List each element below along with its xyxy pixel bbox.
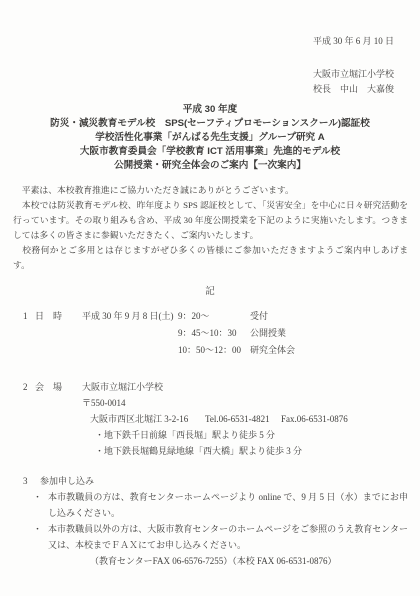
schedule-time: 9：45～10：30 [178,325,250,342]
fax-numbers-note: （教育センターFAX 06-6576-7255）（本校 FAX 06-6531-… [90,553,408,569]
application-bullet-city-staff: ・ 本市教職員の方は、教育センターホームページより online で、9 月 5… [33,489,408,521]
greeting-paragraph: 平素は、本校教育推進にご協力いただき誠にありがとうございます。 [13,183,408,198]
section-venue: 2 会 場 大阪市立堀江小学校 〒550-0014 大阪市西区北堀江 3-2-1… [23,379,408,459]
section-3-label: 参加申し込み [40,473,94,489]
intro-paragraph: 本校では防災教育モデル校、昨年度より SPS 認証校として、「災害安全」を中心に… [13,198,408,243]
document-header: 平成 30 年 6 月 10 日 大阪市立堀江小学校 校長 中山 大嘉俊 [0,0,420,97]
schedule-list: 9：20～ 受付 9：45～10：30 公開授業 10：50～12：00 研究全… [178,308,408,359]
closing-paragraph: 校務何かとご多用とは存じますがぜひ多くの皆様にご参加いただきますようご案内申しあ… [13,243,408,273]
venue-contact-row: 大阪市西区北堀江 3-2-16 Tel.06-6531-4821 Fax.06-… [90,411,408,427]
title-block: 平成 30 年度 防災・減災教育モデル校 SPS(セーフティプロモーションスクー… [0,103,420,173]
schedule-row: 10：50～12：00 研究全体会 [178,342,408,359]
event-date: 平成 30 年 9 月 8 日(土) [82,308,178,325]
title-line-group-research: 学校活性化事業「がんばる先生支援」グループ研究 A [0,131,420,145]
document-date: 平成 30 年 6 月 10 日 [0,34,394,49]
venue-fax: Fax.06-6531-0876 [281,411,348,427]
schedule-time: 10：50～12：00 [178,342,250,359]
sender-principal-name: 校長 中山 大嘉俊 [0,82,394,97]
venue-address: 大阪市西区北堀江 3-2-16 [90,411,205,427]
schedule-time: 9：20～ [178,308,250,325]
venue-postal-code: 〒550-0014 [82,395,408,411]
body-text: 平素は、本校教育推進にご協力いただき誠にありがとうございます。 本校では防災教育… [13,183,408,273]
venue-tel: Tel.06-6531-4821 [205,411,281,427]
schedule-event: 受付 [250,308,268,325]
title-line-sps: 防災・減災教育モデル校 SPS(セーフティプロモーションスクール)認証校 [0,117,420,131]
document-page: 平成 30 年 6 月 10 日 大阪市立堀江小学校 校長 中山 大嘉俊 平成 … [0,0,420,596]
section-3-number: 3 [23,473,40,489]
schedule-event: 研究全体会 [250,342,295,359]
title-line-ict-model: 大阪市教育委員会「学校教育 ICT 活用事業」先進的モデル校 [0,145,420,159]
schedule-event: 公開授業 [250,325,286,342]
schedule-row: 9：20～ 受付 [178,308,408,325]
section-application: 3 参加申し込み ・ 本市教職員の方は、教育センターホームページより onlin… [23,473,408,569]
section-datetime: 1 日 時 平成 30 年 9 月 8 日(土) 9：20～ 受付 9：45～1… [23,308,408,359]
section-2-label: 会 場 [35,379,82,395]
schedule-row: 9：45～10：30 公開授業 [178,325,408,342]
application-note-online: 本市教職員の方は、教育センターホームページより online で、9 月 5 日… [48,489,408,521]
title-line-year: 平成 30 年度 [0,103,420,117]
bullet-marker: ・ [33,521,48,553]
application-bullet-others: ・ 本市教職員以外の方は、大阪市教育センターのホームページをご参照のうえ教育セン… [33,521,408,553]
bullet-marker: ・ [33,489,48,521]
access-note-nagahori: ・地下鉄長堀鶴見緑地線「西大橋」駅より徒歩 3 分 [95,443,408,459]
title-line-main: 公開授業・研究全体会のご案内【一次案内】 [0,159,420,173]
access-note-sennichimae: ・地下鉄千日前線「西長堀」駅より徒歩 5 分 [95,427,408,443]
sender-school-name: 大阪市立堀江小学校 [0,67,394,82]
section-2-number: 2 [23,379,35,395]
section-1-number: 1 [23,308,35,325]
section-1-label: 日 時 [35,308,82,325]
application-note-fax: 本市教職員以外の方は、大阪市教育センターのホームページをご参照のうえ教育センター… [48,521,408,553]
venue-name: 大阪市立堀江小学校 [82,379,408,395]
record-marker: 記 [0,285,420,300]
